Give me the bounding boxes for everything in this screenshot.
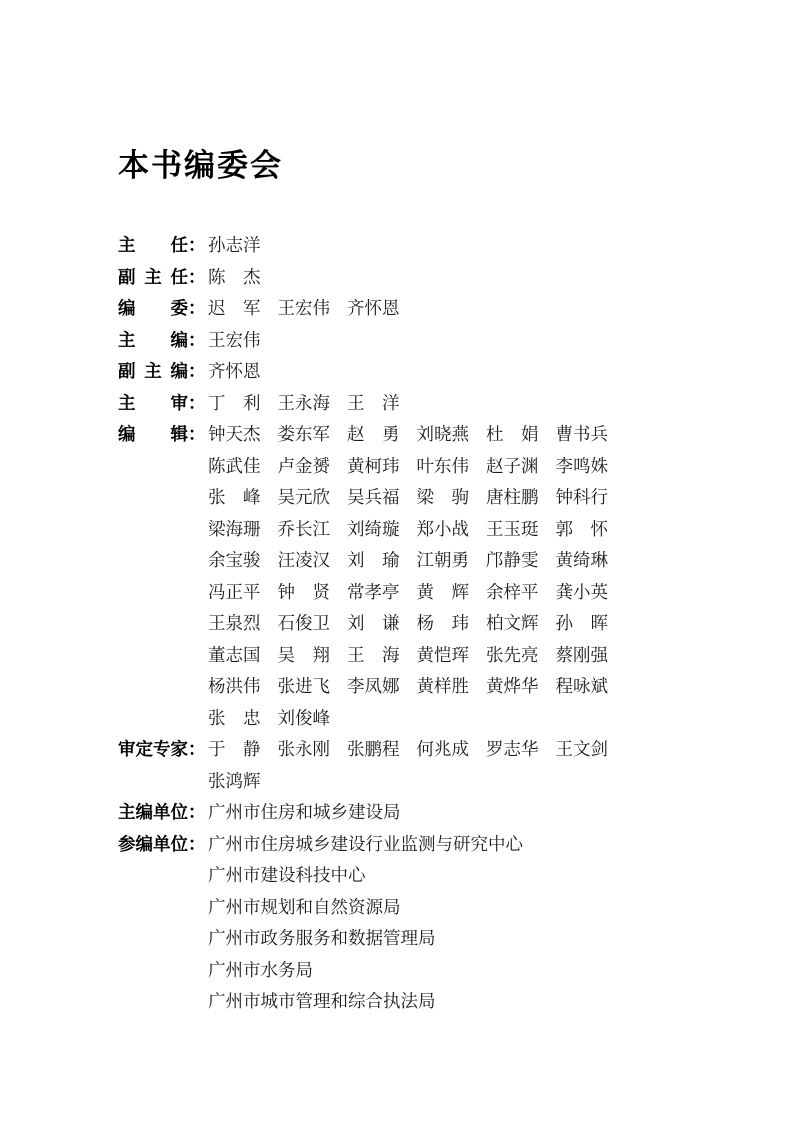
person-or-org-name: 陈 杰: [208, 262, 261, 294]
row-colon: ：: [188, 293, 208, 325]
row-colon: ：: [188, 262, 208, 294]
name-line: 张 峰吴元欣吴兵福梁 驹唐柱鹏钟科行: [208, 482, 678, 514]
row-values: 钟天杰娄东军赵 勇刘晓燕杜 娟曹书兵陈武佳卢金赟黄柯玮叶东伟赵子渊李鸣姝张 峰吴…: [208, 419, 678, 734]
person-or-org-name: 黄绮琳: [556, 545, 609, 577]
person-or-org-name: 王 海: [347, 640, 400, 672]
person-or-org-name: 吴兵福: [347, 482, 400, 514]
person-or-org-name: 齐怀恩: [347, 293, 400, 325]
row-values: 于 静张永刚张鹏程何兆成罗志华王文剑张鸿辉: [208, 734, 678, 797]
person-or-org-name: 杨洪伟: [208, 671, 261, 703]
row-colon: ：: [188, 356, 208, 388]
committee-row: 参编单位 ： 广州市住房城乡建设行业监测与研究中心广州市建设科技中心广州市规划和…: [118, 829, 678, 1018]
person-or-org-name: 吴元欣: [278, 482, 331, 514]
person-or-org-name: 于 静: [208, 734, 261, 766]
row-colon: ：: [188, 829, 208, 861]
person-or-org-name: 李鸣姝: [556, 451, 609, 483]
row-colon: ：: [188, 797, 208, 829]
person-or-org-name: 张永刚: [278, 734, 331, 766]
person-or-org-name: 王宏伟: [208, 325, 261, 357]
person-or-org-name: 冯正平: [208, 577, 261, 609]
row-values: 孙志洋: [208, 230, 678, 262]
person-or-org-name: 张 峰: [208, 482, 261, 514]
person-or-org-name: 程咏斌: [556, 671, 609, 703]
committee-row: 主任 ： 孙志洋: [118, 230, 678, 262]
name-line: 陈武佳卢金赟黄柯玮叶东伟赵子渊李鸣姝: [208, 451, 678, 483]
person-or-org-name: 刘晓燕: [417, 419, 470, 451]
person-or-org-name: 蔡刚强: [556, 640, 609, 672]
name-line: 广州市建设科技中心: [208, 860, 678, 892]
person-or-org-name: 何兆成: [417, 734, 470, 766]
name-line: 冯正平钟 贤常孝亭黄 辉余梓平龚小英: [208, 577, 678, 609]
committee-row: 主编 ： 王宏伟: [118, 325, 678, 357]
person-or-org-name: 龚小英: [556, 577, 609, 609]
committee-row: 主审 ： 丁 利王永海王 洋: [118, 388, 678, 420]
person-or-org-name: 张鹏程: [347, 734, 400, 766]
name-line: 杨洪伟张进飞李凤娜黄样胜黄烨华程咏斌: [208, 671, 678, 703]
person-or-org-name: 刘俊峰: [278, 703, 331, 735]
person-or-org-name: 邝静雯: [486, 545, 539, 577]
person-or-org-name: 迟 军: [208, 293, 261, 325]
person-or-org-name: 柏文辉: [486, 608, 539, 640]
name-line: 广州市水务局: [208, 955, 678, 987]
document-page: 本书编委会 主任 ： 孙志洋 副主任 ： 陈 杰 编委 ： 迟 军王宏伟齐怀恩 …: [0, 0, 793, 1122]
committee-row: 审定专家 ： 于 静张永刚张鹏程何兆成罗志华王文剑张鸿辉: [118, 734, 678, 797]
name-line: 广州市政务服务和数据管理局: [208, 923, 678, 955]
committee-row: 编委 ： 迟 军王宏伟齐怀恩: [118, 293, 678, 325]
name-line: 陈 杰: [208, 262, 678, 294]
person-or-org-name: 丁 利: [208, 388, 261, 420]
name-line: 于 静张永刚张鹏程何兆成罗志华王文剑: [208, 734, 678, 766]
person-or-org-name: 陈武佳: [208, 451, 261, 483]
row-values: 广州市住房城乡建设行业监测与研究中心广州市建设科技中心广州市规划和自然资源局广州…: [208, 829, 678, 1018]
person-or-org-name: 赵 勇: [347, 419, 400, 451]
name-line: 齐怀恩: [208, 356, 678, 388]
person-or-org-name: 张进飞: [278, 671, 331, 703]
committee-row: 主编单位 ： 广州市住房和城乡建设局: [118, 797, 678, 829]
row-values: 齐怀恩: [208, 356, 678, 388]
person-or-org-name: 董志国: [208, 640, 261, 672]
person-or-org-name: 梁 驹: [417, 482, 470, 514]
name-line: 丁 利王永海王 洋: [208, 388, 678, 420]
person-or-org-name: 广州市城市管理和综合执法局: [208, 986, 436, 1018]
person-or-org-name: 黄恺珲: [417, 640, 470, 672]
person-or-org-name: 广州市建设科技中心: [208, 860, 366, 892]
row-label: 主审: [118, 388, 188, 420]
person-or-org-name: 孙 晖: [556, 608, 609, 640]
name-line: 余宝骏汪凌汉刘 瑜江朝勇邝静雯黄绮琳: [208, 545, 678, 577]
person-or-org-name: 杜 娟: [486, 419, 539, 451]
row-colon: ：: [188, 325, 208, 357]
row-label: 主编: [118, 325, 188, 357]
person-or-org-name: 黄样胜: [417, 671, 470, 703]
row-colon: ：: [188, 734, 208, 766]
person-or-org-name: 黄柯玮: [347, 451, 400, 483]
row-values: 丁 利王永海王 洋: [208, 388, 678, 420]
row-label: 参编单位: [118, 829, 188, 861]
person-or-org-name: 石俊卫: [278, 608, 331, 640]
person-or-org-name: 郭 怀: [556, 514, 609, 546]
person-or-org-name: 孙志洋: [208, 230, 261, 262]
person-or-org-name: 广州市规划和自然资源局: [208, 892, 401, 924]
person-or-org-name: 张先亮: [486, 640, 539, 672]
name-line: 张鸿辉: [208, 766, 678, 798]
person-or-org-name: 吴 翔: [278, 640, 331, 672]
person-or-org-name: 刘 瑜: [347, 545, 400, 577]
person-or-org-name: 齐怀恩: [208, 356, 261, 388]
person-or-org-name: 余梓平: [486, 577, 539, 609]
person-or-org-name: 娄东军: [278, 419, 331, 451]
person-or-org-name: 广州市住房城乡建设行业监测与研究中心: [208, 829, 523, 861]
person-or-org-name: 黄 辉: [417, 577, 470, 609]
person-or-org-name: 黄烨华: [486, 671, 539, 703]
name-line: 广州市住房城乡建设行业监测与研究中心: [208, 829, 678, 861]
name-line: 迟 军王宏伟齐怀恩: [208, 293, 678, 325]
committee-row: 副主编 ： 齐怀恩: [118, 356, 678, 388]
person-or-org-name: 王永海: [278, 388, 331, 420]
person-or-org-name: 余宝骏: [208, 545, 261, 577]
person-or-org-name: 钟科行: [556, 482, 609, 514]
row-label: 主编单位: [118, 797, 188, 829]
person-or-org-name: 汪凌汉: [278, 545, 331, 577]
person-or-org-name: 郑小战: [417, 514, 470, 546]
person-or-org-name: 张鸿辉: [208, 766, 261, 798]
name-line: 广州市规划和自然资源局: [208, 892, 678, 924]
person-or-org-name: 广州市政务服务和数据管理局: [208, 923, 436, 955]
person-or-org-name: 钟 贤: [278, 577, 331, 609]
person-or-org-name: 唐柱鹏: [486, 482, 539, 514]
person-or-org-name: 卢金赟: [278, 451, 331, 483]
person-or-org-name: 江朝勇: [417, 545, 470, 577]
name-line: 张 忠刘俊峰: [208, 703, 678, 735]
row-colon: ：: [188, 388, 208, 420]
person-or-org-name: 王 洋: [347, 388, 400, 420]
committee-list: 主任 ： 孙志洋 副主任 ： 陈 杰 编委 ： 迟 军王宏伟齐怀恩 主编 ： 王…: [118, 230, 678, 1018]
row-colon: ：: [188, 230, 208, 262]
committee-row: 副主任 ： 陈 杰: [118, 262, 678, 294]
person-or-org-name: 叶东伟: [417, 451, 470, 483]
row-colon: ：: [188, 419, 208, 451]
row-label: 副主任: [118, 262, 188, 294]
person-or-org-name: 乔长江: [278, 514, 331, 546]
row-label: 主任: [118, 230, 188, 262]
row-label: 编辑: [118, 419, 188, 451]
person-or-org-name: 王玉珽: [486, 514, 539, 546]
person-or-org-name: 罗志华: [486, 734, 539, 766]
name-line: 钟天杰娄东军赵 勇刘晓燕杜 娟曹书兵: [208, 419, 678, 451]
name-line: 王宏伟: [208, 325, 678, 357]
row-values: 陈 杰: [208, 262, 678, 294]
name-line: 广州市城市管理和综合执法局: [208, 986, 678, 1018]
person-or-org-name: 张 忠: [208, 703, 261, 735]
person-or-org-name: 李凤娜: [347, 671, 400, 703]
name-line: 广州市住房和城乡建设局: [208, 797, 678, 829]
person-or-org-name: 刘绮璇: [347, 514, 400, 546]
page-content: 本书编委会 主任 ： 孙志洋 副主任 ： 陈 杰 编委 ： 迟 军王宏伟齐怀恩 …: [118, 148, 678, 1018]
person-or-org-name: 广州市住房和城乡建设局: [208, 797, 401, 829]
person-or-org-name: 王宏伟: [278, 293, 331, 325]
person-or-org-name: 王文剑: [556, 734, 609, 766]
committee-row: 编辑 ： 钟天杰娄东军赵 勇刘晓燕杜 娟曹书兵陈武佳卢金赟黄柯玮叶东伟赵子渊李鸣…: [118, 419, 678, 734]
row-label: 编委: [118, 293, 188, 325]
person-or-org-name: 钟天杰: [208, 419, 261, 451]
person-or-org-name: 刘 谦: [347, 608, 400, 640]
row-label: 审定专家: [118, 734, 188, 766]
name-line: 王泉烈石俊卫刘 谦杨 玮柏文辉孙 晖: [208, 608, 678, 640]
person-or-org-name: 常孝亭: [347, 577, 400, 609]
row-values: 广州市住房和城乡建设局: [208, 797, 678, 829]
person-or-org-name: 赵子渊: [486, 451, 539, 483]
row-label: 副主编: [118, 356, 188, 388]
name-line: 孙志洋: [208, 230, 678, 262]
person-or-org-name: 梁海珊: [208, 514, 261, 546]
person-or-org-name: 王泉烈: [208, 608, 261, 640]
name-line: 董志国吴 翔王 海黄恺珲张先亮蔡刚强: [208, 640, 678, 672]
person-or-org-name: 曹书兵: [556, 419, 609, 451]
row-values: 迟 军王宏伟齐怀恩: [208, 293, 678, 325]
person-or-org-name: 广州市水务局: [208, 955, 313, 987]
name-line: 梁海珊乔长江刘绮璇郑小战王玉珽郭 怀: [208, 514, 678, 546]
person-or-org-name: 杨 玮: [417, 608, 470, 640]
row-values: 王宏伟: [208, 325, 678, 357]
page-title: 本书编委会: [118, 148, 678, 184]
